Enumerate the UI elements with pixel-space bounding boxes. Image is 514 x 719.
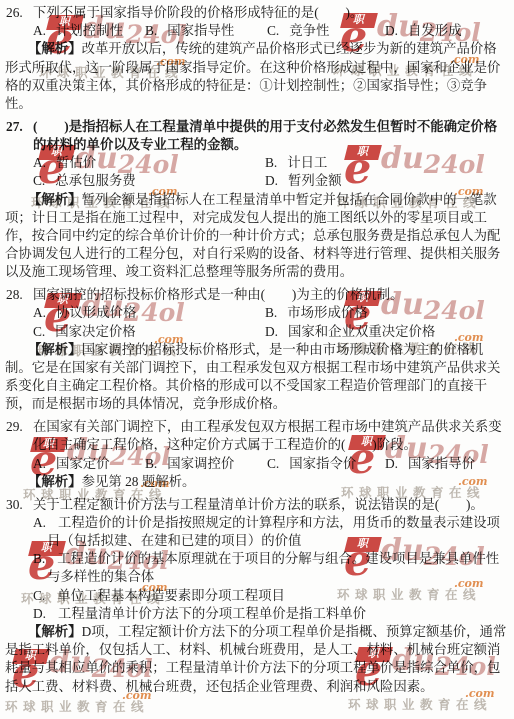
option-d: D.自发形成 [385, 22, 508, 40]
option-text: 国家指导价 [408, 456, 475, 471]
option-b: B.工程造价计价的基本原理就在于项目的分解与组合。建设项目是兼具单件性与多样性的… [33, 550, 508, 586]
option-label: B. [265, 305, 277, 320]
question-28: 28. 国家调控的招标投标价格形式是一种由( )为主的价格机制。 A.协议形成价… [5, 286, 508, 413]
analysis: 【解析】D项，工程定额计价方法下的分项工程单价是指概、预算定额基价，通常是指工料… [5, 623, 508, 696]
option-text: 计划控制性 [56, 23, 123, 38]
option-d: D.国家指导价 [385, 455, 508, 473]
option-label: A. [33, 456, 46, 471]
option-text: 国家决定价格 [55, 324, 135, 339]
question-stem: 关于工程定额计价方法与工程量清单计价方法的联系，说法错误的是( )。 [33, 497, 484, 512]
option-b: B.计日工 [265, 154, 508, 172]
options-list: A.工程造价的计价是指按照规定的计算程序和方法，用货币的数量表示建设项目（包括拟… [33, 514, 508, 623]
option-b: B.国家指导性 [145, 22, 267, 40]
option-a: A.暂估价 [33, 154, 265, 172]
option-text: 自发形成 [408, 23, 462, 38]
option-a: A.工程造价的计价是指按照规定的计算程序和方法，用货币的数量表示建设项目（包括拟… [33, 514, 508, 550]
analysis: 【解析】国家调控的招标投标价格形式，是一种由市场形成价格为主的价格机制。它是在国… [5, 341, 508, 414]
option-label: A. [33, 155, 46, 170]
option-label: C. [33, 324, 45, 339]
option-d: D.国家和企业双重决定价格 [265, 323, 508, 341]
option-c: C.单位工程基本构造要素即分项工程项目 [33, 587, 508, 605]
question-stem: ( )是指招标人在工程量清单中提供的用于支付必然发生但暂时不能确定价格的材料的单… [33, 119, 497, 152]
option-label: C. [267, 23, 279, 38]
analysis-label: 【解析】 [28, 41, 82, 56]
analysis: 【解析】参见第 28 题解析。 [5, 473, 508, 491]
option-text: 单位工程基本构造要素即分项工程项目 [57, 588, 285, 603]
question-number: 27. [6, 118, 23, 136]
option-label: D. [33, 606, 46, 621]
option-text: 市场形成价格 [287, 305, 367, 320]
question-30: 30. 关于工程定额计价方法与工程量清单计价方法的联系，说法错误的是( )。 A… [5, 496, 508, 696]
options-grid: A.暂估价 B.计日工 C.总承包服务费 D.暂列金额 [33, 154, 508, 190]
option-text: 计日工 [287, 155, 327, 170]
option-text: 暂列金额 [288, 173, 342, 188]
option-b: B.国家调控价 [145, 455, 267, 473]
option-text: 国家定价 [56, 456, 110, 471]
question-number: 28. [6, 286, 23, 304]
exam-content: 26. 下列不属于国家指导价阶段的价格形成特征的是( )。 A.计划控制性 B.… [0, 0, 514, 696]
option-label: B. [265, 155, 277, 170]
question-number: 29. [6, 418, 23, 436]
option-d: D.工程量清单计价方法下的分项工程单价是指工料单价 [33, 605, 508, 623]
option-label: A. [33, 23, 46, 38]
analysis-text: 参见第 28 题解析。 [82, 474, 196, 489]
question-29: 29. 在国家有关部门调控下，由工程承发包双方根据工程市场中建筑产品供求关系变化… [5, 418, 508, 491]
analysis-label: 【解析】 [28, 192, 82, 207]
analysis-label: 【解析】 [28, 624, 82, 639]
option-text: 国家和企业双重决定价格 [288, 324, 435, 339]
option-text: 协议形成价格 [56, 305, 136, 320]
option-c: C.总承包服务费 [33, 172, 265, 190]
exam-page: { "labels": { "analysis": "【解析】" }, "bra… [0, 0, 514, 719]
options-row: A.计划控制性 B.国家指导性 C.竞争性 D.自发形成 [33, 22, 508, 40]
option-label: B. [145, 456, 157, 471]
option-text: 竞争性 [289, 23, 329, 38]
option-c: C.国家指令价 [267, 455, 385, 473]
question-number: 30. [6, 496, 23, 514]
option-label: D. [265, 173, 278, 188]
option-a: A.计划控制性 [33, 22, 145, 40]
option-d: D.暂列金额 [265, 172, 508, 190]
option-text: 工程造价的计价是指按照规定的计算程序和方法，用货币的数量表示建设项目（包括拟建、… [47, 515, 500, 548]
option-label: B. [145, 23, 157, 38]
analysis: 【解析】暂列金额是指招标人在工程量清单中暂定并包括在合同价款中的一笔款项；计日工… [5, 191, 508, 282]
option-label: D. [385, 456, 398, 471]
option-text: 工程造价计价的基本原理就在于项目的分解与组合。建设项目是兼具单件性与多样性的集合… [47, 551, 499, 584]
option-label: D. [265, 324, 278, 339]
option-label: C. [267, 456, 279, 471]
option-text: 国家调控价 [167, 456, 234, 471]
option-a: A.国家定价 [33, 455, 145, 473]
analysis: 【解析】改革开放以后，传统的建筑产品价格形式已经逐步为新的建筑产品价格形式所取代… [5, 40, 508, 113]
options-grid: A.协议形成价格 B.市场形成价格 C.国家决定价格 D.国家和企业双重决定价格 [33, 304, 508, 340]
option-a: A.协议形成价格 [33, 304, 265, 322]
option-label: D. [385, 23, 398, 38]
option-text: 工程量清单计价方法下的分项工程单价是指工料单价 [58, 606, 366, 621]
option-text: 暂估价 [56, 155, 96, 170]
option-label: B. [33, 551, 45, 566]
question-stem: 下列不属于国家指导价阶段的价格形成特征的是( )。 [33, 5, 363, 20]
question-stem: 国家调控的招标投标价格形式是一种由( )为主的价格机制。 [33, 287, 403, 302]
option-text: 总承包服务费 [55, 173, 135, 188]
option-label: A. [33, 305, 46, 320]
option-label: C. [33, 173, 45, 188]
analysis-label: 【解析】 [28, 474, 82, 489]
edu24ol-tagline: 环球职业教育在线 [5, 698, 149, 716]
edu24ol-tagline: 环球职业教育在线 [348, 696, 492, 714]
option-label: C. [33, 588, 45, 603]
question-26: 26. 下列不属于国家指导价阶段的价格形成特征的是( )。 A.计划控制性 B.… [5, 4, 508, 113]
option-text: 国家指令价 [289, 456, 356, 471]
analysis-label: 【解析】 [28, 342, 82, 357]
option-c: C.竞争性 [267, 22, 385, 40]
question-stem: 在国家有关部门调控下，由工程承发包双方根据工程市场中建筑产品供求关系变化自主确定… [33, 419, 502, 452]
option-text: 国家指导性 [167, 23, 234, 38]
option-c: C.国家决定价格 [33, 323, 265, 341]
question-27: 27. ( )是指招标人在工程量清单中提供的用于支付必然发生但暂时不能确定价格的… [5, 118, 508, 282]
option-label: A. [33, 515, 46, 530]
options-row: A.国家定价 B.国家调控价 C.国家指令价 D.国家指导价 [33, 455, 508, 473]
option-b: B.市场形成价格 [265, 304, 508, 322]
question-number: 26. [6, 4, 23, 22]
